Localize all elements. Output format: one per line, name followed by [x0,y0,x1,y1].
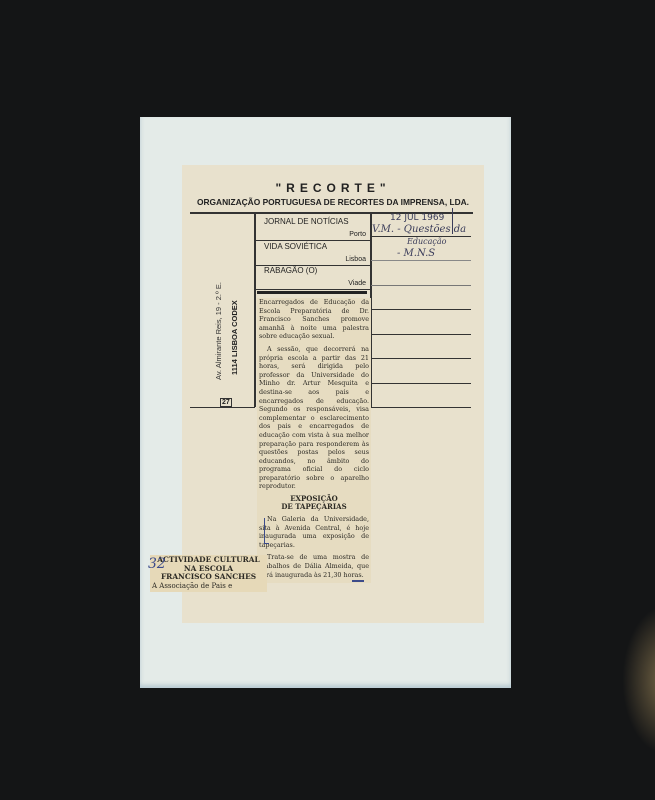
right-rule [371,358,471,359]
clipping-top-bar [257,291,367,294]
right-rule [371,334,471,335]
postal-line: 1114 LISBOA CODEX [230,300,239,375]
right-rule [371,260,471,261]
address-line: Av. Almirante Reis, 19 - 2.º E. [214,282,223,380]
paper-stain [622,605,655,755]
right-rule [371,383,471,384]
right-rule [371,309,471,310]
handwritten-stroke [452,208,453,234]
row-rule [255,289,370,290]
date-stamp: 12 JUL 1969 [390,213,444,223]
row-rule [255,240,370,241]
subheading: EXPOSIÇÃODE TAPEÇARIAS [259,495,369,511]
handwritten-initials: - M.N.S [397,248,435,259]
blue-bracket-mark [264,518,269,544]
left-footer-rule [190,407,255,408]
handwritten-number: 32 [148,556,166,572]
handwritten-subject-cont: Educação [407,237,446,246]
form-title: "RECORTE" [182,181,484,195]
box-number: 27 [220,398,232,407]
form-subtitle: ORGANIZAÇÃO PORTUGUESA DE RECORTES DA IM… [182,197,484,207]
left-divider [254,213,256,407]
blue-dash-mark [352,580,364,582]
right-rule [371,407,471,408]
right-rule [371,285,471,286]
article-text: Encarregados de Educação da Escola Prepa… [257,298,371,583]
clipping-headline: ACTIVIDADE CULTURAL NA ESCOLA FRANCISCO … [150,555,267,592]
